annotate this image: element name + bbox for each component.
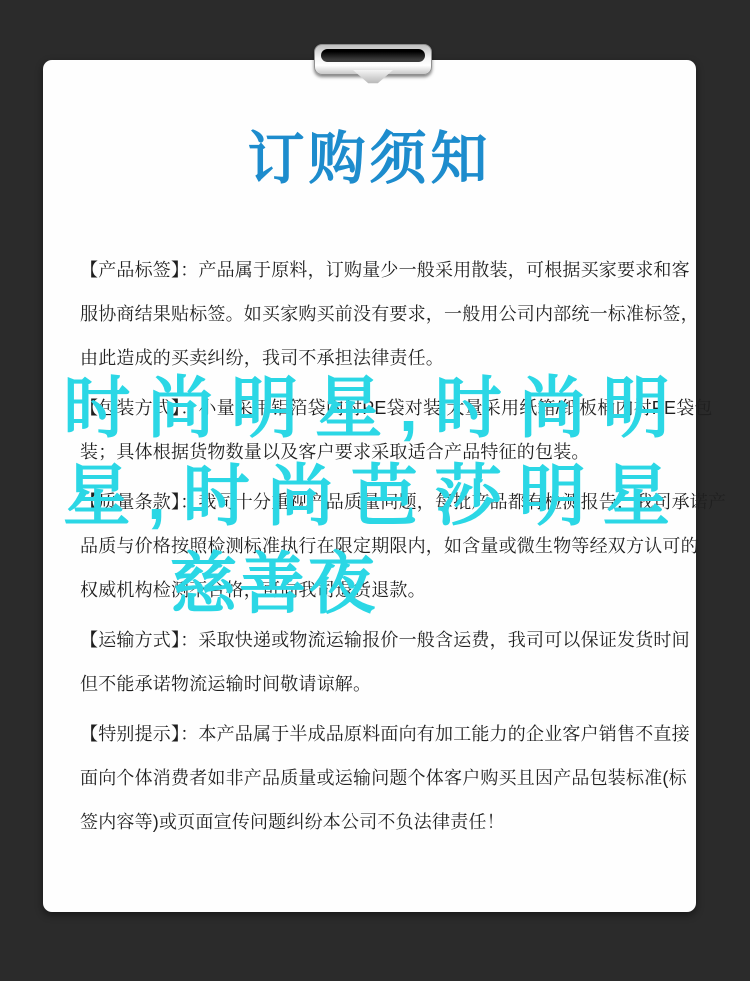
section-shipping: 【运输方式】：采取快递或物流运输报价一般含运费，我司可以保证发货时间 但不能承诺… bbox=[80, 618, 674, 706]
watermark-line-3: 慈善夜 bbox=[170, 551, 377, 619]
text-line: 【产品标签】：产品属于原料，订购量少一般采用散装，可根据买家要求和客 bbox=[80, 248, 674, 292]
section-special-note: 【特别提示】：本产品属于半成品原料面向有加工能力的企业客户销售不直接 面向个体消… bbox=[80, 712, 674, 844]
text-line: 【特别提示】：本产品属于半成品原料面向有加工能力的企业客户销售不直接 bbox=[80, 712, 674, 756]
watermark-line-2: 星,时尚芭莎明星 bbox=[0, 463, 750, 531]
text-line: 签内容等)或页面宣传问题纠纷本公司不负法律责任！ bbox=[80, 800, 674, 844]
text-line: 但不能承诺物流运输时间敬请谅解。 bbox=[80, 662, 674, 706]
watermark-line-1: 时尚明星,时尚明 bbox=[0, 375, 750, 443]
clip-slot bbox=[321, 49, 425, 62]
text-line: 【运输方式】：采取快递或物流运输报价一般含运费，我司可以保证发货时间 bbox=[80, 618, 674, 662]
photo-background: { "colors": { "background": "#2b2b2b", "… bbox=[0, 0, 750, 981]
clipboard-clip-icon bbox=[314, 44, 432, 75]
text-line: 面向个体消费者如非产品质量或运输问题个体客户购买且因产品包装标准(标 bbox=[80, 756, 674, 800]
section-product-label: 【产品标签】：产品属于原料，订购量少一般采用散装，可根据买家要求和客 服协商结果… bbox=[80, 248, 674, 380]
text-line: 服协商结果贴标签。如买家购买前没有要求，一般用公司内部统一标准标签， bbox=[80, 292, 674, 336]
